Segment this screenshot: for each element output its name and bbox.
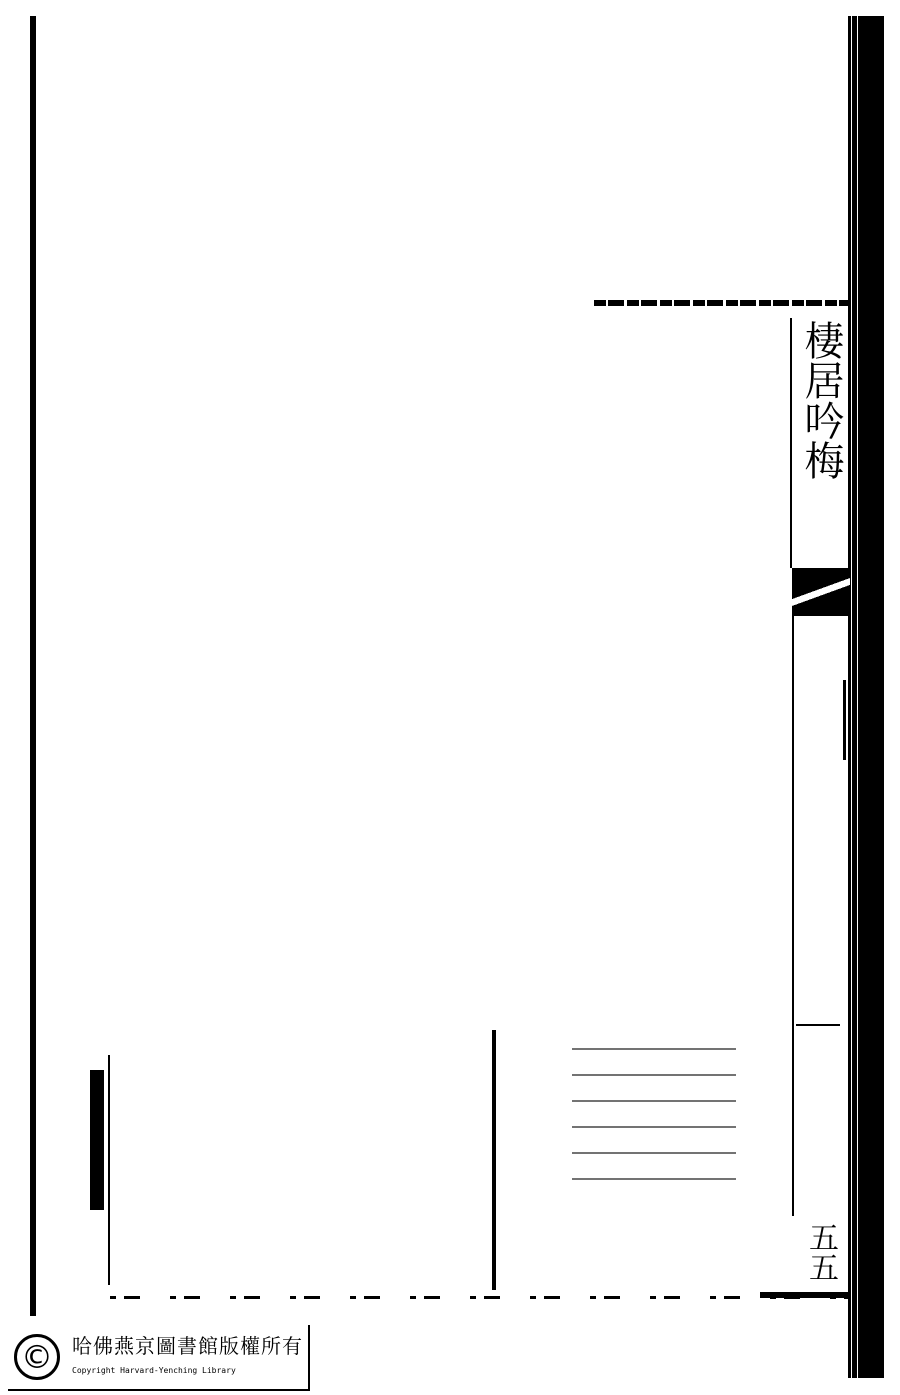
center-column-divider: [796, 1024, 840, 1026]
frame-bottom-corner: [760, 1292, 850, 1298]
center-column-rule: [792, 616, 794, 1216]
right-page-edge-shadow: [862, 16, 884, 1378]
left-margin-damage: [90, 1070, 104, 1210]
left-page-edge-rule: [30, 16, 36, 1316]
copyright-icon: ©: [14, 1334, 60, 1380]
copyright-english: Copyright Harvard-Yenching Library: [72, 1366, 236, 1375]
book-title: 棲居吟梅: [800, 320, 850, 480]
fold-line: [492, 1030, 496, 1290]
fish-tail-mark: [792, 568, 850, 616]
center-column-mark: [843, 680, 846, 760]
frame-top-border: [594, 300, 850, 306]
frame-bottom-border: [110, 1296, 850, 1299]
page-number: 五五: [802, 1222, 838, 1282]
library-seal: [572, 1046, 736, 1196]
left-frame-rule: [108, 1055, 110, 1285]
copyright-chinese: 哈佛燕京圖書館版權所有: [72, 1330, 303, 1359]
